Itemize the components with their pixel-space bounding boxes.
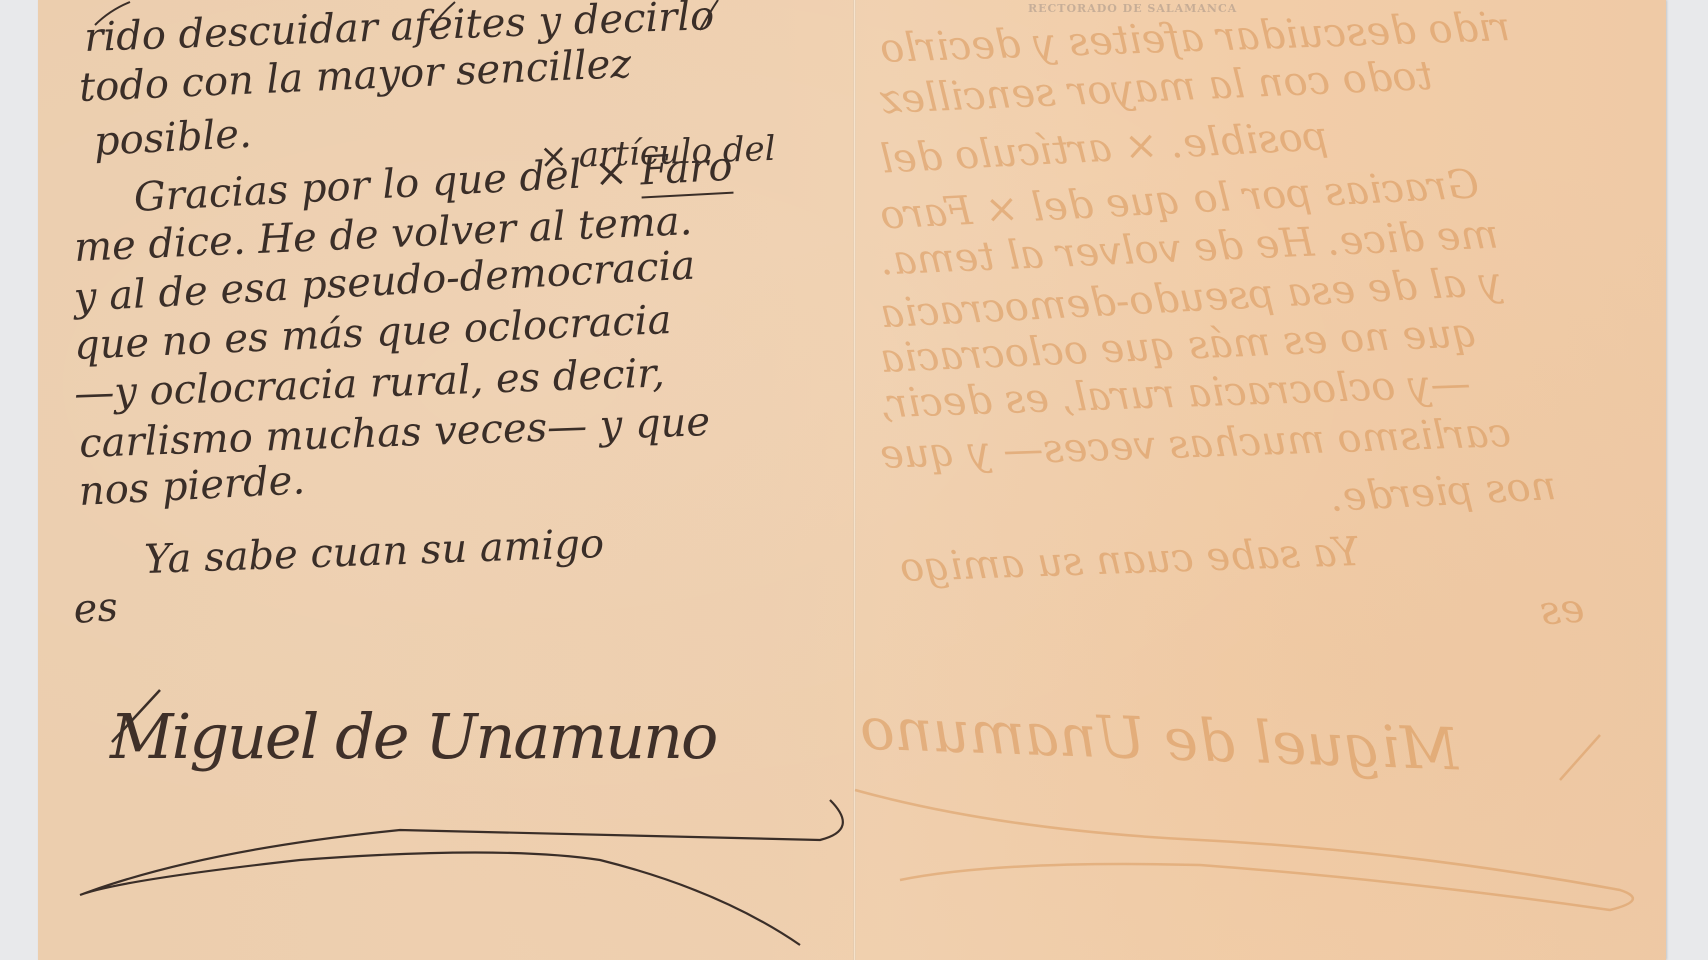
offset-flourish	[0, 0, 1708, 960]
